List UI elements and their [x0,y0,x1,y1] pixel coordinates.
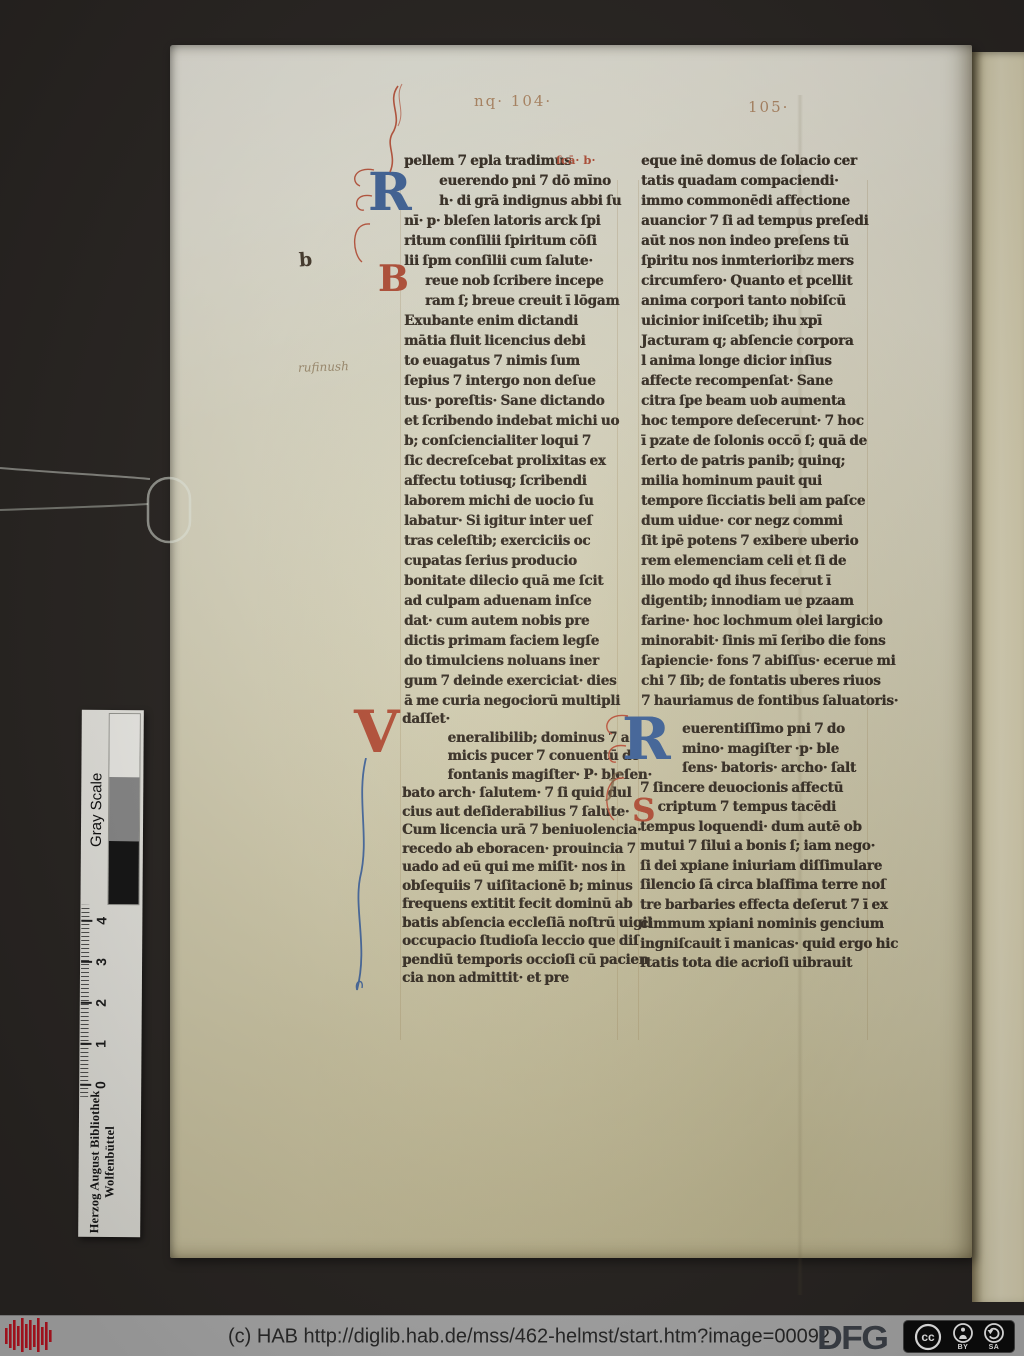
manuscript-text-line: cupatas ſerius producio [404,551,616,571]
grayscale-label: Gray Scale [87,715,105,905]
decorated-initial-R2-blue: R [622,710,670,768]
manuscript-text-line: lii ſpm conſilii cum ſalute· [404,251,616,271]
ruler-number: 2 [81,999,109,1007]
manuscript-text-line: circumfero· Quanto et pcellit [641,271,865,291]
manuscript-text-line: micis pucer 7 conuentū de [402,747,622,766]
svg-text:cc: cc [921,1330,935,1344]
manuscript-text-line: dum uidue· cor negz commi [641,511,865,531]
manuscript-text-line: eque inē domus de ſolacio cer [641,151,865,171]
manuscript-text-line: criptum 7 tempus tacēdi [640,798,868,818]
margin-note: rufinush [298,359,349,375]
ruler-numbers: 01234 [80,917,109,1089]
manuscript-text-line: milia hominum pauit qui [641,471,865,491]
manuscript-text-line: tempore ſicciatis beli am paſce [641,491,865,511]
manuscript-text-line: minorabit· ſinis mī ſeribo die fons [641,631,865,651]
manuscript-text-line: recedo ab eboracen· prouincia 7 [402,840,622,859]
manuscript-text-line: uicinior iniſcetib; ihu xpī [641,311,865,331]
manuscript-text-line: citra ſpe beam uob aumenta [641,391,865,411]
institution-line2: Wolfenbüttel [102,1087,118,1237]
card-ruler: 01234 [80,905,121,1097]
ruler-number: 0 [80,1081,108,1089]
manuscript-text-line: bato arch· ſalutem· 7 ſi quid dul [402,784,622,803]
manuscript-text-line: do timulciens noluans iner [404,651,616,671]
manuscript-text-line: batis abſencia eccleſiā noſtrū uigil [402,914,622,933]
decorated-initial-V-red: V [354,703,399,761]
manuscript-text-line: ī pzate de ſolonis occō ſ; quā de [641,431,865,451]
text-column-right-block1: eque inē domus de ſolacio certatis quada… [641,151,865,711]
manuscript-text-line: nī· p· bleſen latoris arck ſpi [404,211,616,231]
manuscript-text-line: tus· poreſtis· Sane dictando [404,391,616,411]
manuscript-text-line: affectu totiusq; ſcribendi [404,471,616,491]
manuscript-text-line: ram ſ; breue creuit ī lōgam [404,291,616,311]
manuscript-text-line: ſi dei xpiane iniuriam diſſimulare [640,857,868,877]
text-column-right-block2: euerentiſſimo pni 7 do mino· magiſter ·p… [640,720,868,974]
cc-license-badge: cc BY SA [903,1320,1015,1353]
manuscript-text-line: immo commonēdi affectione [641,191,865,211]
manuscript-text-line: ſtatis tota die acrioſi uibrauit [640,954,868,974]
cc-sa-icon [984,1323,1004,1343]
manuscript-text-line: hoc tempore deſecerunt· 7 hoc [641,411,865,431]
manuscript-text-line: ritum conſilii ſpiritum cōſi [404,231,616,251]
manuscript-text-line: occupacio ſtudioſa leccio que diſ [402,932,622,951]
manuscript-text-line: 7 hauriamus de fontibus ſaluatoris· [641,691,865,711]
folio-number-right: 105· [748,98,789,116]
decorated-initial-R-blue: R [368,167,411,219]
manuscript-text-line: aūt nos non indeo preſens tū [641,231,865,251]
manuscript-text-line: ſapiencie· fons 7 abiſſus· ecerue mi [641,651,865,671]
scan-image: nq· 104· 105· pellem 7 epla tradimus eue… [0,0,1024,1356]
manuscript-text-line: bonitate dilecio quā me ſcit [404,571,616,591]
manuscript-text-line: l anima longe dicior inſius [641,351,865,371]
manuscript-text-line: cimmum xpiani nominis gencium [640,915,868,935]
manuscript-text-line: rem elemenciam celi et ſi de [641,551,865,571]
manuscript-text-line: frequens extitit fecit dominū ab [402,895,622,914]
cc-by-icon [953,1323,973,1343]
manuscript-text-line: laborem michi de uocio ſu [404,491,616,511]
rubric-caption: ſcā· b· [556,153,595,167]
manuscript-text-line: labatur· Si igitur inter ueſ [404,511,616,531]
grayscale-card-face: Herzog August Bibliothek Wolfenbüttel 01… [78,710,144,1237]
manuscript-text-line: ſens· batoris· archo· ſalt [640,759,868,779]
manuscript-text-line: eneralibilib; dominus 7 a [402,729,622,748]
manuscript-text-line: euerendo pni 7 dō mīno [404,171,616,191]
facing-page-edge [972,52,1024,1302]
grayscale-card: Herzog August Bibliothek Wolfenbüttel 01… [78,710,144,1237]
manuscript-text-line: pendiū temporis occioſi cū pacien [402,951,622,970]
manuscript-text-line: mātia fluit licencius debi [404,331,616,351]
column-ruling-line [638,180,639,1040]
manuscript-text-line: affecte recompenſat· Sane [641,371,865,391]
institution-line1: Herzog August Bibliothek [87,1087,103,1237]
manuscript-text-line: et ſcribendo indebat michi uo [404,411,616,431]
page-holder-clip [0,448,205,563]
cc-sa-label: SA [989,1344,1000,1351]
manuscript-text-line: Jacturam q; abſencie corpora [641,331,865,351]
grayscale-patch [109,777,139,841]
manuscript-text-line: ſpiritu nos inmterioribz mers [641,251,865,271]
text-column-left-block1: pellem 7 epla tradimus euerendo pni 7 dō… [404,151,616,711]
manuscript-text-line: uado ad eū qui me miſit· nos in [402,858,622,877]
manuscript-text-line: anima corpori tanto nobiſcū [641,291,865,311]
manuscript-text-line: reue nob ſcribere incepe [404,271,616,291]
manuscript-text-line: ſit ipē potens 7 exibere uberio [641,531,865,551]
column-ruling-line [400,180,401,1040]
manuscript-text-line: euerentiſſimo pni 7 do [640,720,868,740]
folio-number-left: nq· 104· [474,92,552,110]
grayscale-patch [108,841,138,905]
manuscript-text-line: tras celeſtib; exerciciis oc [404,531,616,551]
manuscript-text-line: ad culpam aduenam inſce [404,591,616,611]
manuscript-text-line: chi 7 ſib; de fontatis uberes riuos [641,671,865,691]
footer-bar: (c) HAB http://diglib.hab.de/mss/462-hel… [0,1315,1024,1356]
decorated-initial-S-red: S [632,794,655,826]
manuscript-text-line: ſic decreſcebat prolixitas ex [404,451,616,471]
manuscript-text-line: cia non admittit· et pre [402,969,622,988]
ruler-number: 4 [81,917,109,925]
manuscript-text-line: ſepius 7 intergo non deſue [404,371,616,391]
grayscale-patch [109,714,139,778]
manuscript-text-line: Cum licencia urā 7 beniuolencia· [402,821,622,840]
manuscript-text-line: tatis quadam compaciendi· [641,171,865,191]
manuscript-text-line: gum 7 deinde exerciciat· dies [404,671,616,691]
manuscript-text-line: 7 ſincere deuocionis affectū [640,779,868,799]
manuscript-text-line: tre barbaries effecta deſerut 7 ī ex [640,896,868,916]
manuscript-text-line: h· di grā indignus abbi ſu [404,191,616,211]
manuscript-text-line: daſſet· [402,710,622,729]
cc-sa-group: SA [984,1323,1004,1351]
text-column-left-block2: daſſet· eneralibilib; dominus 7 a micis … [402,710,622,988]
manuscript-text-line: mino· magiſter ·p· ble [640,740,868,760]
cc-icon: cc [914,1323,942,1351]
manuscript-text-line: mutui 7 ſilui a bonis ſ; iam nego· [640,837,868,857]
manuscript-text-line: illo modo qd ihus fecerut ī [641,571,865,591]
copyright-url: (c) HAB http://diglib.hab.de/mss/462-hel… [228,1325,830,1348]
manuscript-text-line: cius aut deſiderabilius 7 ſalute· [402,803,622,822]
decorated-initial-B-red: B [378,261,408,297]
manuscript-text-line: tempus loquendi· dum autē ob [640,818,868,838]
manuscript-text-line: ā me curia negociorū multipli [404,691,616,711]
ruler-number: 1 [80,1040,108,1048]
manuscript-text-line: Exubante enim dictandi [404,311,616,331]
hab-logo [2,1317,54,1356]
manuscript-text-line: farine· hoc lochmum olei largicio [641,611,865,631]
margin-letter-b: b [298,249,313,272]
manuscript-text-line: ſilencio ſā circa blaſfima terre noſ [640,876,868,896]
manuscript-text-line: dictis primam faciem legſe [404,631,616,651]
institution-label: Herzog August Bibliothek Wolfenbüttel [87,1087,118,1237]
grayscale-patches [107,713,140,905]
manuscript-text-line: to euagatus 7 nimis ſum [404,351,616,371]
cc-by-group: BY [953,1323,973,1351]
ruler-number: 3 [81,958,109,966]
manuscript-text-line: ſerto de patris panib; quinq; [641,451,865,471]
manuscript-text-line: dat· cum autem nobis pre [404,611,616,631]
margin-s-mark: ſ [607,768,618,803]
manuscript-text-line: fontanis magiſter· P· bleſen· [402,766,622,785]
manuscript-text-line: obſequiis 7 uiſitacionē b; minus [402,877,622,896]
cc-by-label: BY [958,1344,969,1351]
manuscript-text-line: b; conſciencialiter loqui 7 [404,431,616,451]
manuscript-text-line: digentib; innodiam ue pzaam [641,591,865,611]
manuscript-text-line: ingniſcauit ī manicas· quid ergo hic [640,935,868,955]
manuscript-text-line: auancior 7 ſi ad tempus preſedi [641,211,865,231]
dfg-logo: DFG [817,1319,887,1356]
